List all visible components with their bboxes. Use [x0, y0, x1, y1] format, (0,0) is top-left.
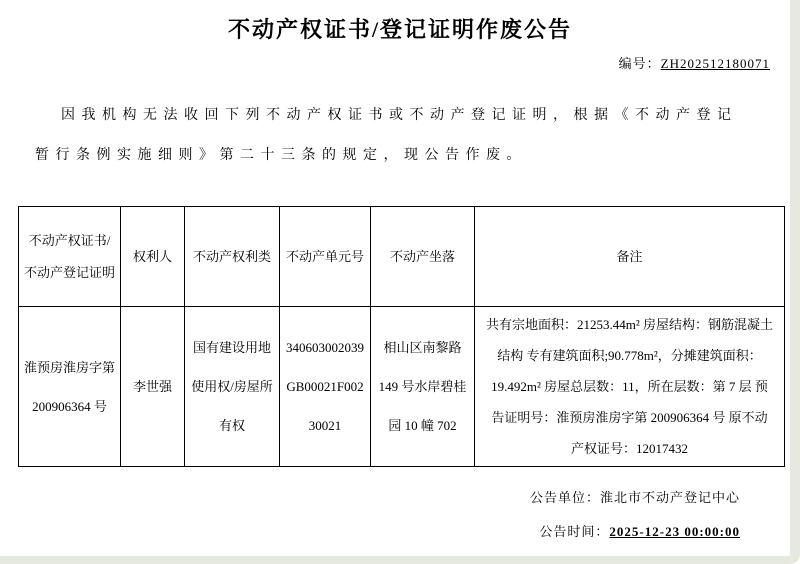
notice-body-line: 因我机构无法收回下列不动产权证书或不动产登记证明，根据《不动产登记	[35, 96, 770, 136]
cell-holder-name: 李世强	[121, 307, 185, 467]
cell-right-type: 国有建设用地使用权/房屋所有权	[185, 307, 280, 467]
notice-number-label: 编号：	[619, 56, 661, 71]
cell-unit-number: 340603002039GB00021F00230021	[280, 307, 371, 467]
notice-body-line: 暂行条例实施细则》第二十三条的规定，现公告作废。	[35, 136, 770, 176]
table-header-row: 不动产权证书/不动产登记证明 权利人 不动产权利类 不动产单元号 不动产坐落 备…	[19, 207, 785, 307]
notice-number-value: ZH202512180071	[661, 56, 770, 71]
notice-page: 不动产权证书/登记证明作废公告 编号：ZH202512180071 因我机构无法…	[0, 0, 800, 564]
cell-cert-number: 淮预房淮房字第 200906364 号	[19, 307, 121, 467]
header-right-type: 不动产权利类	[185, 207, 280, 307]
header-location: 不动产坐落	[371, 207, 475, 307]
page-title: 不动产权证书/登记证明作废公告	[0, 13, 800, 44]
footer-unit-label: 公告单位：	[530, 490, 600, 505]
notice-number-line: 编号：ZH202512180071	[0, 53, 800, 72]
footer-time-value: 2025-12-23 00:00:00	[609, 524, 740, 539]
footer-time-label: 公告时间：	[539, 524, 609, 539]
cell-remark: 共有宗地面积：21253.44m² 房屋结构：钢筋混凝土结构 专有建筑面积;90…	[475, 307, 785, 467]
notice-footer: 公告单位：淮北市不动产登记中心 公告时间：2025-12-23 00:00:00	[0, 481, 740, 549]
footer-unit-line: 公告单位：淮北市不动产登记中心	[0, 481, 740, 515]
footer-unit-value: 淮北市不动产登记中心	[600, 490, 740, 505]
header-unit-no: 不动产单元号	[280, 207, 371, 307]
header-cert: 不动产权证书/不动产登记证明	[19, 207, 121, 307]
header-remark: 备注	[475, 207, 785, 307]
footer-time-line: 公告时间：2025-12-23 00:00:00	[0, 515, 740, 549]
certificate-table: 不动产权证书/不动产登记证明 权利人 不动产权利类 不动产单元号 不动产坐落 备…	[18, 206, 785, 467]
cell-location: 相山区南黎路 149 号水岸碧桂园 10 幢 702	[371, 307, 475, 467]
table-row: 淮预房淮房字第 200906364 号 李世强 国有建设用地使用权/房屋所有权 …	[19, 307, 785, 467]
notice-body: 因我机构无法收回下列不动产权证书或不动产登记证明，根据《不动产登记 暂行条例实施…	[35, 96, 770, 176]
header-holder: 权利人	[121, 207, 185, 307]
